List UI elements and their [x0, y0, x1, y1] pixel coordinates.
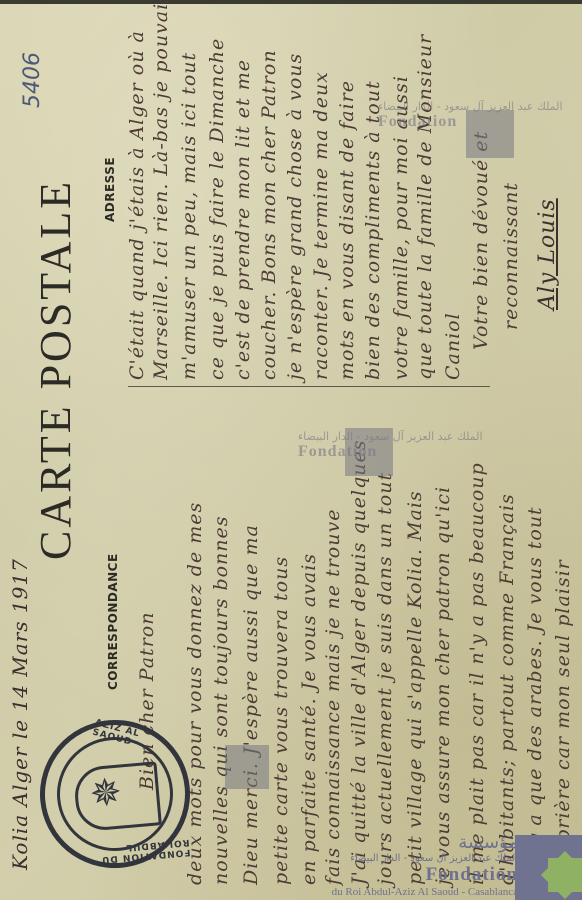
letter-line: C'était quand j'étais à Alger où à	[126, 30, 148, 380]
letter-line: fais connaissance mais je ne trouve	[322, 509, 344, 885]
letter-line: que toute la famille de Monsieur	[414, 34, 436, 380]
letter-line: Caniol	[442, 312, 464, 380]
letter-line: il me plait pas car il n'y a pas beaucou…	[466, 462, 488, 885]
logo-french-subtitle: du Roi Abdul-Aziz Al Saoud - Casablanca	[318, 886, 518, 898]
postcard: 5406 CARTE POSTALE ADRESSE CORRESPONDANC…	[0, 0, 582, 900]
letter-line: coucher. Bons mon cher Patron	[258, 49, 280, 380]
archive-number: 5406	[20, 52, 45, 108]
address-label: ADRESSE	[103, 157, 117, 222]
watermark-logo-stamp	[225, 745, 269, 789]
letter-line: jours actuellement je suis dans un tout	[374, 472, 396, 885]
watermark-logo-middle	[345, 428, 393, 476]
date-line: Kolia Alger le 14 Mars 1917	[8, 558, 32, 870]
letter-line: raconter. Je termine ma deux	[310, 71, 332, 380]
address-divider	[128, 386, 490, 387]
correspondence-label: CORRESPONDANCE	[106, 553, 120, 690]
logo-arabic-title: مؤسسة	[318, 832, 518, 853]
letter-line: Marseille. Ici rien. Là-bas je pouvais	[150, 0, 172, 380]
letter-line: il n'y a que des arabes. Je vous tout	[524, 506, 546, 885]
watermark-logo-top	[466, 110, 514, 158]
logo-arabic-subtitle: الملك عبد العزيز آل سعود - الدار البيضاء	[318, 853, 518, 864]
letter-line: d'habitants; partout comme Français	[496, 493, 518, 885]
letter-line: je n'espère grand chose à vous	[284, 53, 306, 380]
letter-line: ce que je puis faire le Dimanche	[206, 38, 228, 380]
letter-line: nouvelles qui sont toujours bonnes	[210, 515, 232, 885]
letter-line: en parfaite santé. Je vous avais	[298, 553, 320, 885]
logo-french-title: Fondation	[318, 864, 518, 886]
star-emblem-icon: ✵	[88, 769, 124, 816]
letter-line: petit village qui s'appelle Kolia. Mais	[404, 490, 426, 885]
postcard-title: CARTE POSTALE	[30, 179, 81, 560]
letter-line: mots en vous disant de faire	[336, 80, 358, 380]
top-edge	[0, 0, 582, 4]
letter-line: petite carte vous trouvera tous	[270, 556, 292, 885]
foundation-stamp: ✵ AZIZ AL SAOUD FONDATION DU ROI ABDUL	[34, 714, 196, 875]
letter-line: je vous assure mon cher patron qu'ici	[432, 486, 454, 885]
letter-line: m'amuser un peu, mais ici tout	[178, 52, 200, 380]
letter-line: reconnaissant	[500, 182, 522, 330]
foundation-logo-text: مؤسسة الملك عبد العزيز آل سعود - الدار ا…	[318, 832, 518, 898]
letter-line: deux mots pour vous donnez de mes	[184, 502, 206, 885]
letter-line: Dieu merci. J'espère aussi que ma	[240, 524, 262, 885]
letter-line: Votre bien dévoué et	[470, 131, 492, 350]
letter-line: J'ai quitté la ville d'Alger depuis quel…	[348, 439, 370, 885]
letter-line: c'est de prendre mon lit et me	[232, 59, 254, 380]
signature: Aly Louis	[535, 198, 560, 310]
